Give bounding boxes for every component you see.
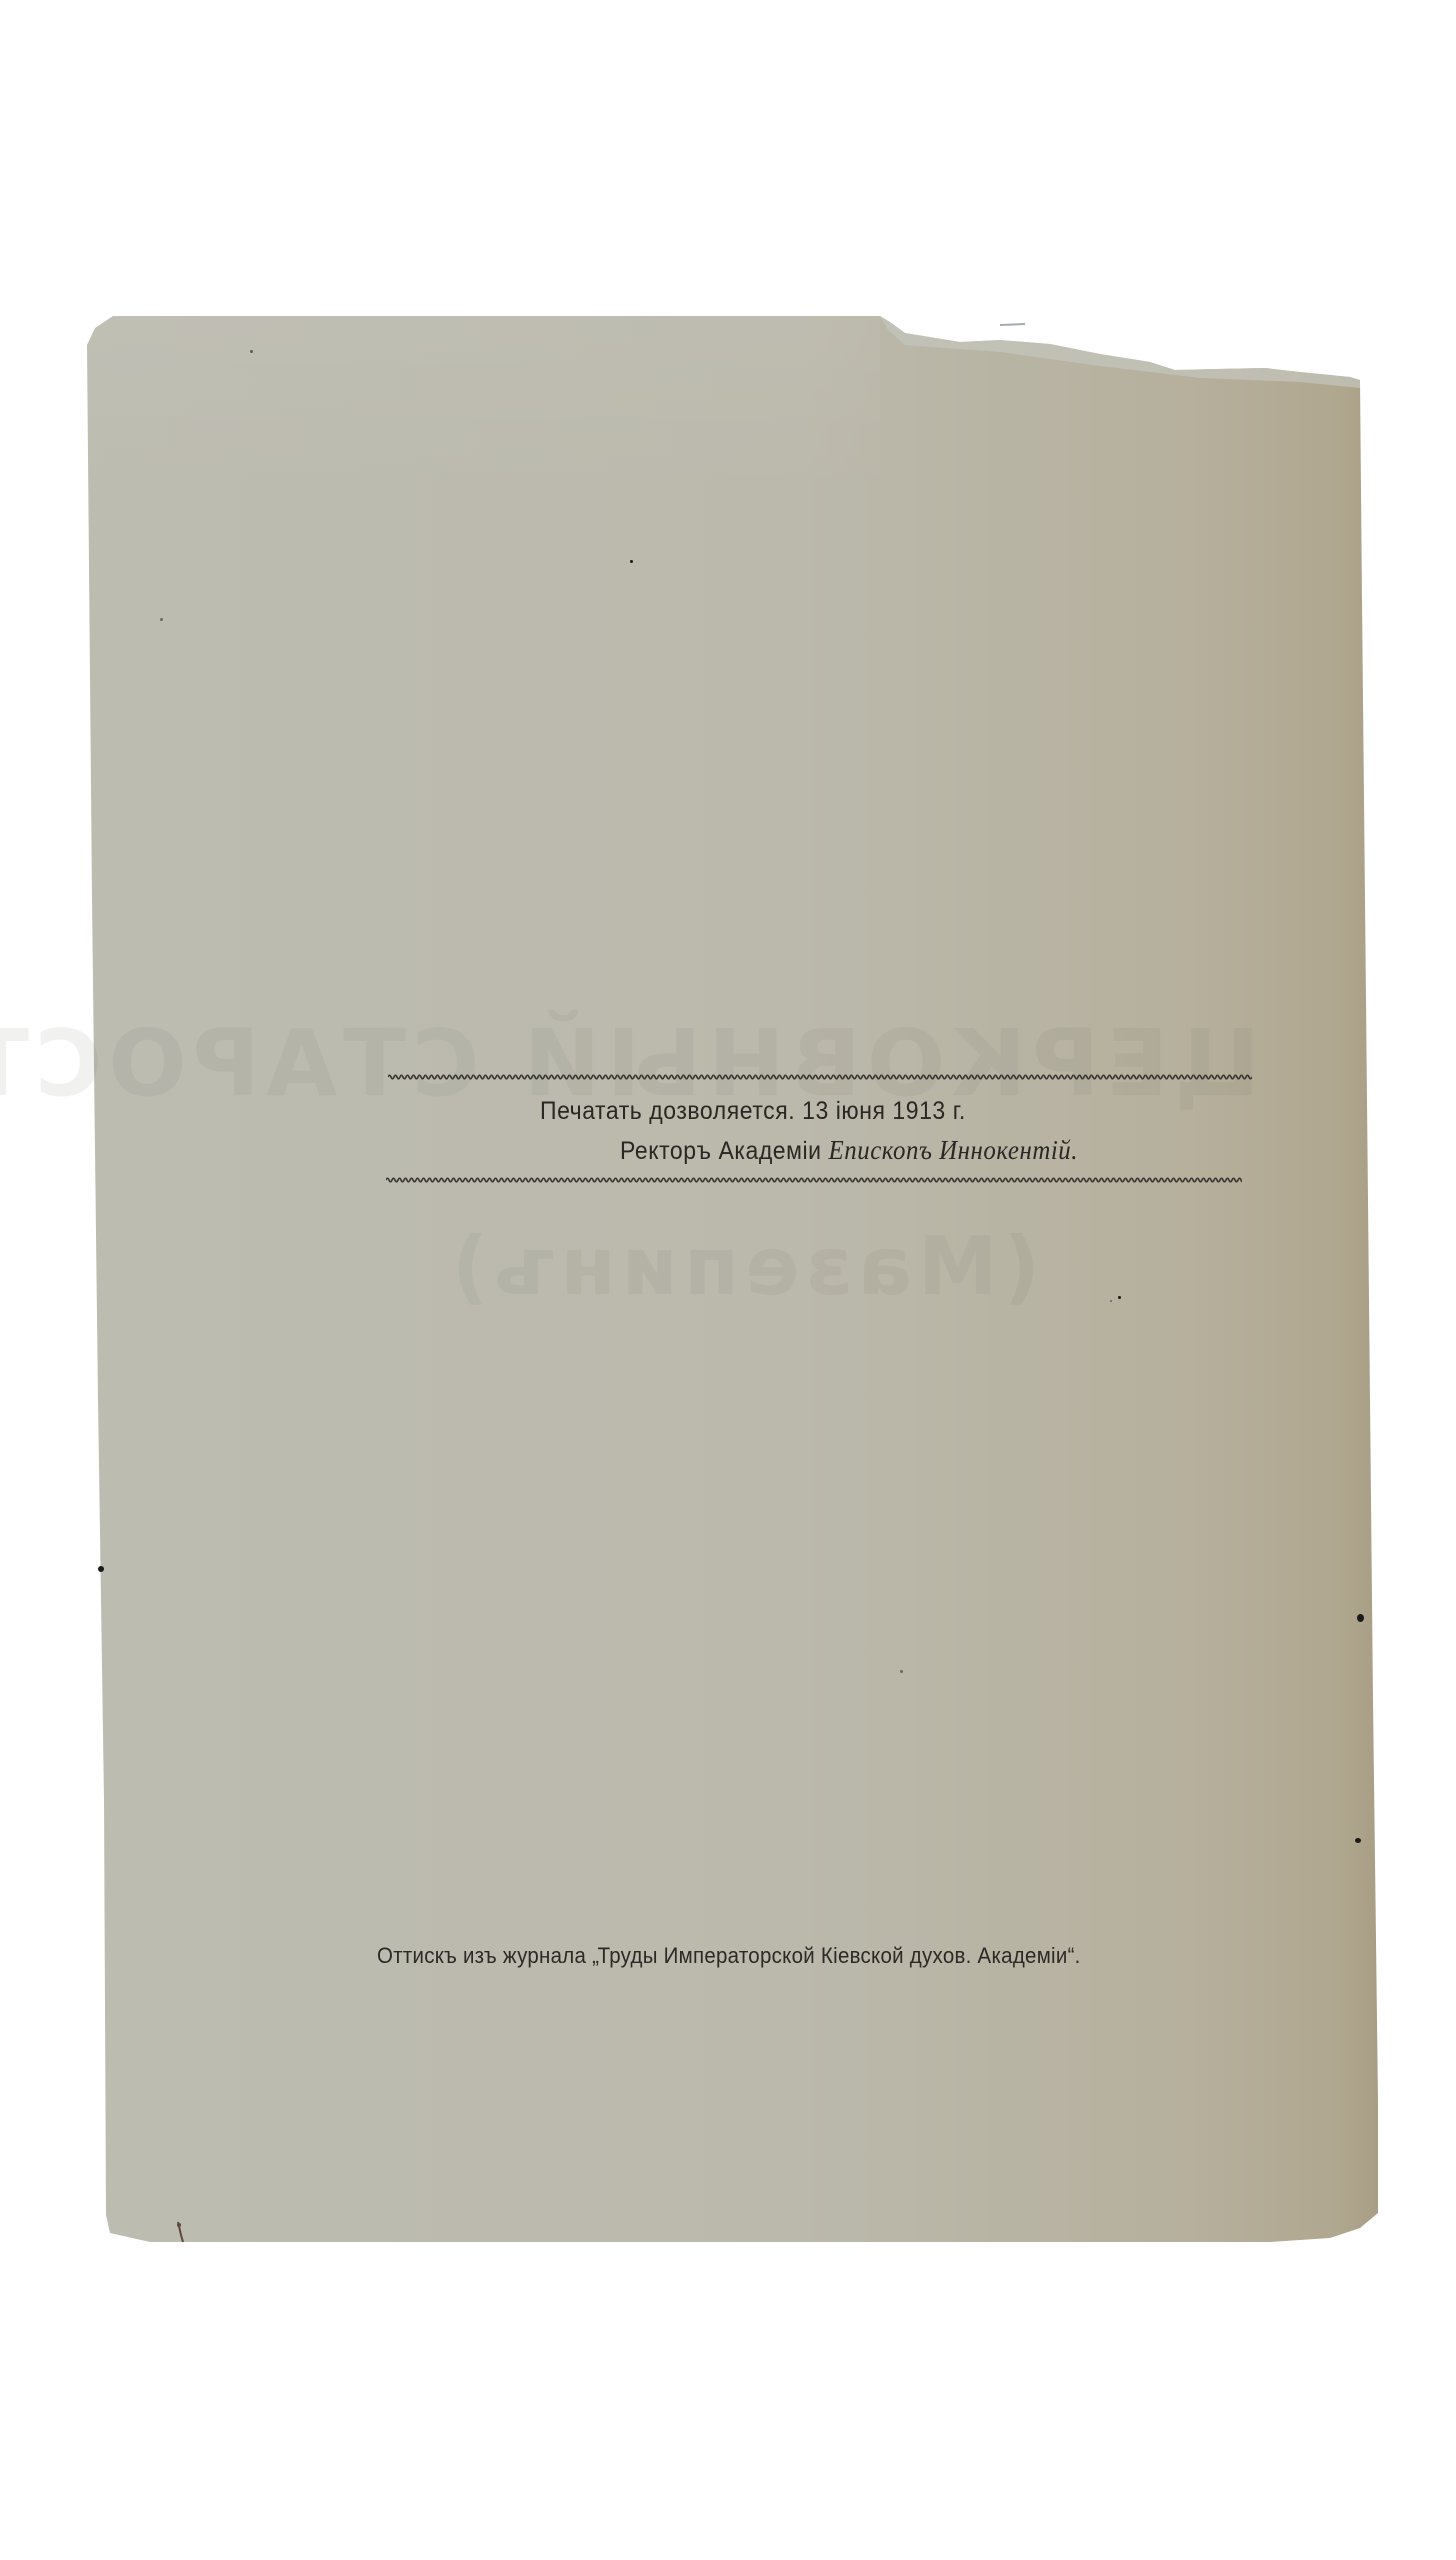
speck-left-edge: [98, 1566, 104, 1572]
speck-right-edge-2: [1355, 1838, 1361, 1843]
ghost-subtitle-showthrough: (Мазепинъ): [560, 1220, 1040, 1313]
offprint-note: Оттискъ изъ журнала „Труды Императорской…: [377, 1943, 1081, 1969]
scanned-page: ЦЕРКОВНЫЙ СТАРОСТА (Мазепинъ) Печатать д…: [0, 0, 1456, 2560]
wavy-rule-top: [388, 1072, 1252, 1082]
imprimatur-block: Печатать дозволяется. 13 іюня 1913 г. Ре…: [380, 1085, 1260, 1175]
speck-right-edge-1: [1357, 1614, 1364, 1622]
speck: [1118, 1296, 1121, 1299]
speck: [160, 618, 163, 621]
speck: [630, 560, 633, 563]
imprimatur-permission: Печатать дозволяется. 13 іюня 1913 г.: [540, 1097, 966, 1126]
speck: [1110, 1300, 1112, 1302]
rector-title: Ректоръ Академіи: [620, 1137, 829, 1165]
speck: [900, 1670, 903, 1673]
bishop-name: Епископъ Иннокентій.: [829, 1135, 1079, 1165]
imprimatur-signature: Ректоръ Академіи Епископъ Иннокентій.: [620, 1135, 1078, 1166]
speck: [250, 350, 253, 353]
wavy-rule-bottom: [386, 1175, 1242, 1185]
